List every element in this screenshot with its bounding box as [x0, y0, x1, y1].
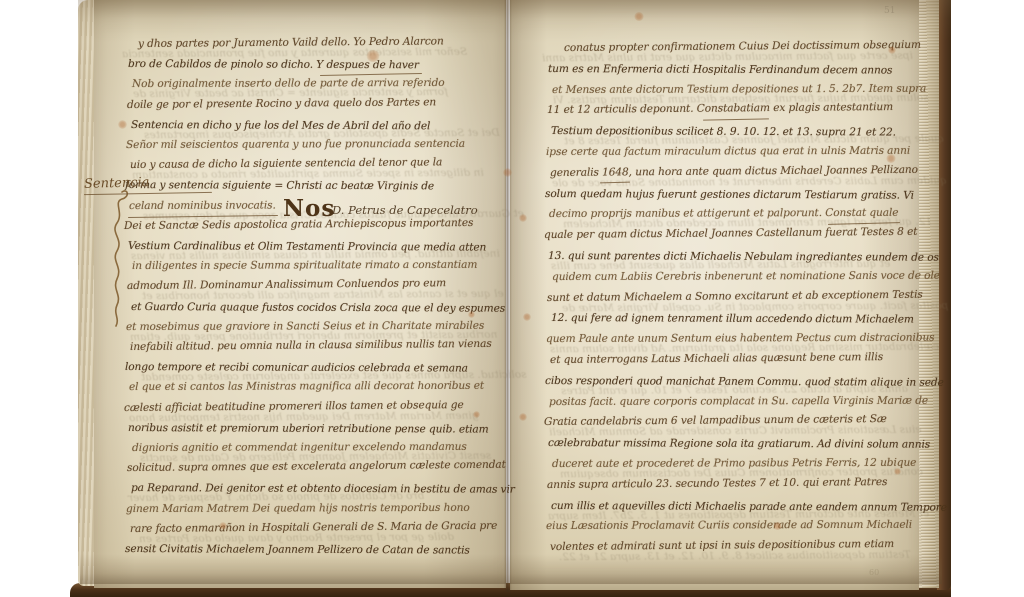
- margin-brace-flourish: [106, 188, 132, 330]
- initial-continuation: D. Petrus de Capecelatro: [332, 203, 478, 217]
- manuscript-line: dignioris agnitio et commendat ingenitur…: [132, 441, 467, 454]
- stain-mark: [894, 468, 901, 475]
- manuscript-line: eius Læsationis Proclamavit Curiis consi…: [546, 519, 912, 532]
- manuscript-line: inefabili altitud. peu omnia nulla in cl…: [130, 338, 492, 353]
- stain-mark: [468, 311, 475, 318]
- manuscript-line: decimo proprijs manibus et attigerunt et…: [549, 207, 898, 220]
- manuscript-line: pa Reparand. Dei genitor est et obtento …: [131, 482, 515, 496]
- manuscript-line: Vestium Cardinalibus et Olim Testamenti …: [128, 240, 486, 254]
- stain-mark: [519, 413, 527, 421]
- stain-mark: [366, 50, 380, 62]
- manuscript-line: positas facit. quare corporis complacat …: [549, 394, 928, 407]
- manuscript-line: 13. qui sunt parentes dicti Michaelis Ne…: [548, 250, 939, 264]
- manuscript-line: quidem cum Labiis Cerebris inbenerunt et…: [552, 269, 940, 282]
- right-page-text-block: ipse certe qua factum miraculum dictus q…: [548, 42, 924, 570]
- manuscript-line: doile ge por el presente Rocino y dava q…: [127, 96, 436, 111]
- stain-mark: [886, 154, 896, 163]
- stain-mark: [219, 522, 227, 530]
- manuscript-line: celand nominibus invocatis.: [129, 199, 276, 212]
- book-gutter-fold: [504, 0, 512, 592]
- manuscript-line: 12. qui fere ad ignem tenrament illum ac…: [551, 312, 914, 326]
- manuscript-line: Testium depositionibus scilicet 8. 9. 10…: [551, 125, 896, 139]
- stain-mark: [888, 46, 896, 54]
- manuscript-line: in diligentes in specie Summa spirituali…: [132, 259, 477, 272]
- manuscript-line: Nob originalmente inserto dello de parte…: [132, 77, 445, 90]
- left-page-text-block: Señor mil seiscientos quarenta y uno fue…: [128, 38, 468, 568]
- manuscript-line: tum es en Enfermeria dicti Hospitalis Fe…: [548, 63, 892, 77]
- manuscript-line: cælebrabatur missima Regione sola ita gr…: [548, 437, 930, 451]
- manuscript-line: 11 et 12 articulis deponunt. Constabatia…: [547, 101, 893, 116]
- stain-mark: [634, 12, 644, 21]
- manuscript-line: el que et si cantos las Ministras magnif…: [129, 380, 484, 393]
- manuscript-line: et Menses ante dictorum Testium depositi…: [552, 82, 926, 95]
- stain-mark: [523, 313, 531, 321]
- manuscript-line: quale per quam dictus Michael Joannes Ca…: [544, 226, 917, 241]
- manuscript-line: forma y sentencia siguiente = Christi ac…: [125, 179, 434, 192]
- manuscript-line: solum quedam hujus fuerunt gestiones dic…: [545, 188, 914, 202]
- manuscript-line: et mosebimus que graviore in Sancti Seiu…: [126, 320, 484, 333]
- manuscript-line: cum illis et aquevilles dicti Michaelis …: [551, 500, 947, 514]
- manuscript-line: cibos responderi quod manichat Panem Com…: [545, 375, 944, 389]
- manuscript-line: Sentencia en dicho y fue los del Mes de …: [131, 119, 430, 132]
- manuscript-photograph: Señor mil seiscientos quarenta y uno fue…: [0, 0, 1024, 597]
- manuscript-line: annis supra articulo 23. secundo Testes …: [547, 476, 887, 491]
- manuscript-line: quem Paule ante unum Sentum eius habente…: [546, 332, 935, 345]
- manuscript-line: et qua interrogans Latus Michaeli alias …: [550, 351, 883, 366]
- manuscript-line: Señor mil seiscientos quarenta y uno fue…: [126, 138, 465, 151]
- manuscript-line: ginem Mariam Matrem Dei quedam hijs nost…: [126, 501, 470, 514]
- initial-nos: Nos: [283, 195, 335, 222]
- manuscript-line: et Guardo Curia quaque fustos cocidos Cr…: [131, 301, 505, 315]
- manuscript-line: sensit Civitatis Michaelem Joannem Pelli…: [125, 543, 470, 557]
- manuscript-line: solicitud. supra omnes que est excelerat…: [127, 459, 506, 474]
- stain-mark: [773, 522, 782, 530]
- stain-mark: [503, 168, 512, 177]
- manuscript-line: ipse certe qua factum miraculum dictus q…: [546, 145, 910, 158]
- manuscript-line: cælesti afficiat beatitudine promereri i…: [124, 399, 464, 414]
- manuscript-line: duceret aute et procederet de Primo pasi…: [552, 457, 916, 470]
- stain-mark: [519, 214, 527, 222]
- stain-mark: [118, 120, 127, 129]
- stain-mark: [473, 411, 480, 418]
- page-top-edge-shadow: [78, 0, 951, 42]
- manuscript-line: noribus asistit et premiorum uberiori re…: [128, 422, 489, 436]
- corner-mark: 60: [869, 568, 879, 577]
- folio-number: 51: [884, 6, 895, 16]
- manuscript-line: longo tempore et recibi comunicar audici…: [125, 361, 468, 374]
